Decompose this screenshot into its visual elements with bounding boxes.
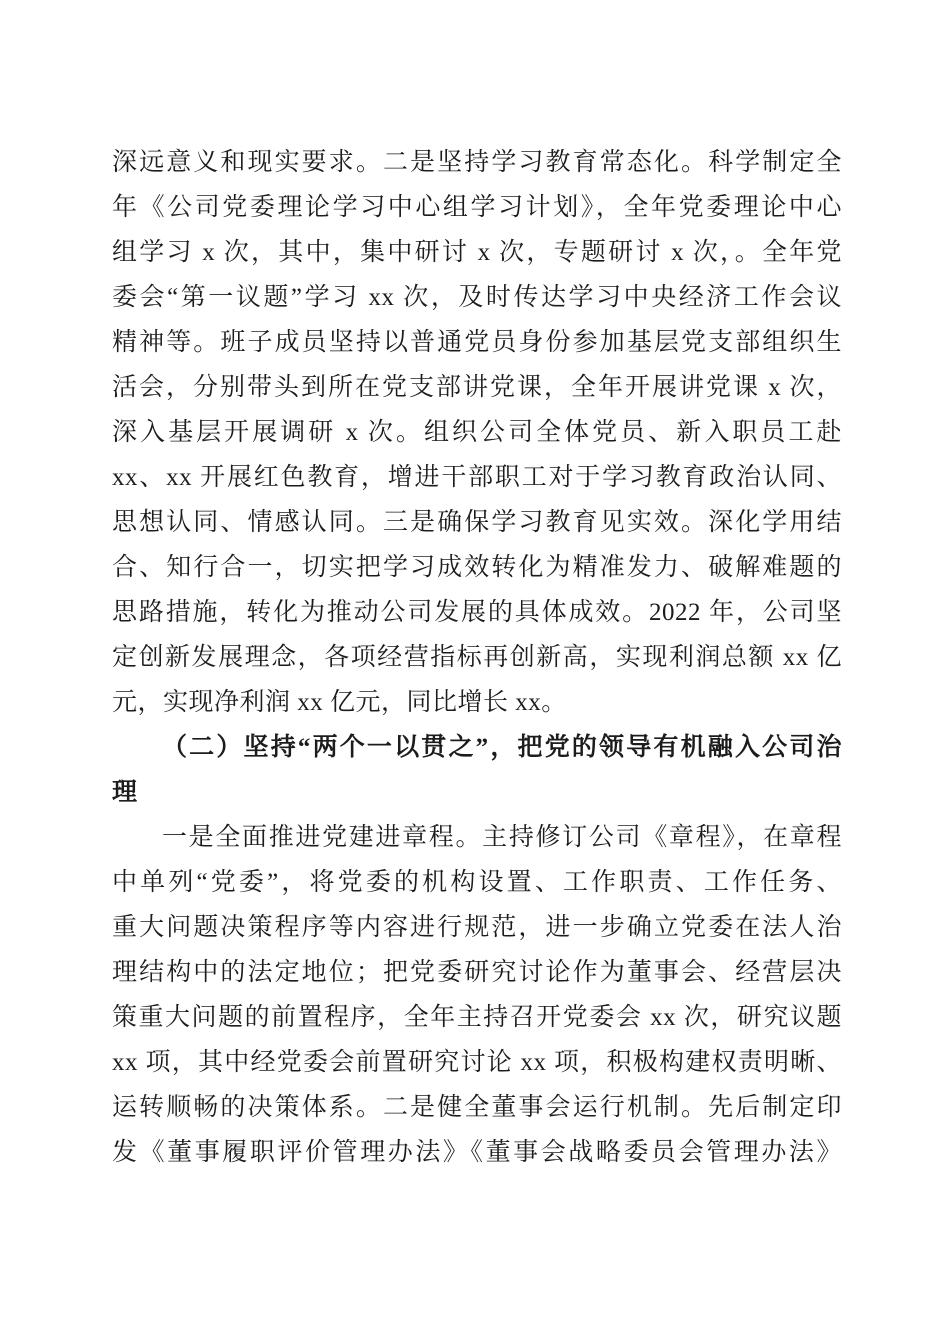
text-line: 精神等。班子成员坚持以普通党员身份参加基层党支部组织生 (112, 320, 842, 365)
text-line: 运转顺畅的决策体系。二是健全董事会运行机制。先后制定印 (112, 1085, 842, 1130)
document-page: 深远意义和现实要求。二是坚持学习教育常态化。科学制定全年《公司党委理论学习中心组… (112, 140, 842, 1175)
text-line: 策重大问题的前置程序，全年主持召开党委会 xx 次，研究议题 (112, 995, 842, 1040)
text-line: xx 项，其中经党委会前置研究讨论 xx 项，积极构建权责明晰、 (112, 1040, 842, 1085)
text-line: 委会“第一议题”学习 xx 次，及时传达学习中央经济工作会议 (112, 275, 842, 320)
text-line: 元，实现净利润 xx 亿元，同比增长 xx。 (112, 680, 842, 725)
text-line: 深入基层开展调研 x 次。组织公司全体党员、新入职员工赴 (112, 410, 842, 455)
text-line: 思想认同、情感认同。三是确保学习教育见实效。深化学用结 (112, 500, 842, 545)
text-line: 活会，分别带头到所在党支部讲党课，全年开展讲党课 x 次， (112, 365, 842, 410)
text-line: 发《董事履职评价管理办法》《董事会战略委员会管理办法》 (112, 1130, 842, 1175)
text-line: 中单列“党委”，将党委的机构设置、工作职责、工作任务、 (112, 860, 842, 905)
text-line: 合、知行合一，切实把学习成效转化为精准发力、破解难题的 (112, 545, 842, 590)
text-line: 定创新发展理念，各项经营指标再创新高，实现利润总额 xx 亿 (112, 635, 842, 680)
text-line: 年《公司党委理论学习中心组学习计划》，全年党委理论中心 (112, 185, 842, 230)
text-line: 一是全面推进党建进章程。主持修订公司《章程》，在章程 (112, 815, 842, 860)
text-line: （二）坚持“两个一以贯之”，把党的领导有机融入公司治 (112, 725, 842, 770)
text-line: 理 (112, 770, 842, 815)
text-line: xx、xx 开展红色教育，增进干部职工对于学习教育政治认同、 (112, 455, 842, 500)
text-line: 组学习 x 次，其中，集中研讨 x 次，专题研讨 x 次，。全年党 (112, 230, 842, 275)
text-line: 思路措施，转化为推动公司发展的具体成效。2022 年，公司坚 (112, 590, 842, 635)
text-line: 深远意义和现实要求。二是坚持学习教育常态化。科学制定全 (112, 140, 842, 185)
text-line: 重大问题决策程序等内容进行规范，进一步确立党委在法人治 (112, 905, 842, 950)
text-line: 理结构中的法定地位；把党委研究讨论作为董事会、经营层决 (112, 950, 842, 995)
